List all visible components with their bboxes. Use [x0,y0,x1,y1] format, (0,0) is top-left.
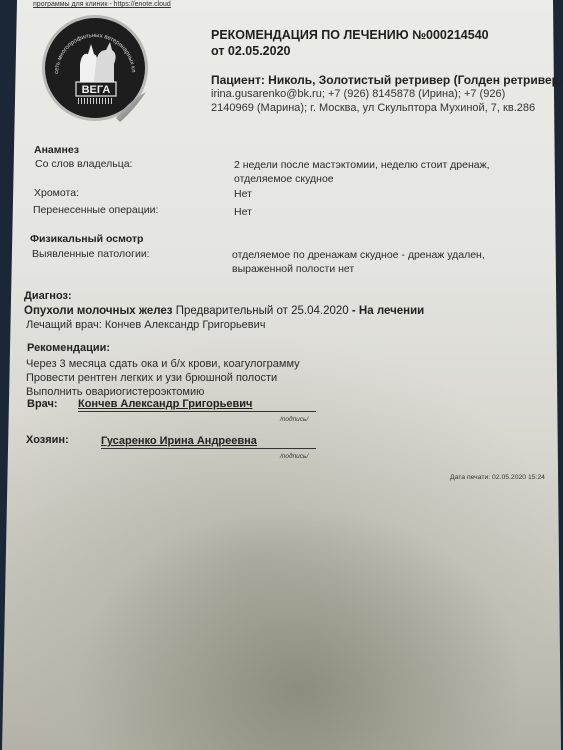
recommendation-item: Выполнить овариогистероэктомию [26,386,204,398]
doctor-signature-label: Врач: [27,398,58,410]
logo-brand: ВЕГА [82,84,111,96]
recommendation-item: Через 3 месяца сдать ока и б/х крови, ко… [26,358,300,370]
document-title: РЕКОМЕНДАЦИЯ ПО ЛЕЧЕНИЮ №000214540 [211,28,489,42]
owner-signature-line [101,448,316,449]
physical-exam-title: Физикальный осмотр [30,233,143,245]
recommendation-item: Провести рентген легких и узи брюшной по… [26,372,277,384]
print-date: Дата печати: 02.05.2020 15:24 [450,474,545,481]
owner-signature-name: Гусаренко Ирина Андреевна [101,435,257,447]
anamnesis-label-owner: Со слов владельца: [35,158,132,170]
attending-doctor: Лечащий врач: Кончев Александр Григорьев… [26,319,266,331]
owner-signature-label: Хозяин: [26,434,69,446]
anamnesis-label-surgeries: Перенесенные операции: [33,204,158,216]
anamnesis-label-lameness: Хромота: [34,187,79,199]
owner-contacts-line-2: 2140969 (Марина); г. Москва, ул Скульпто… [211,102,535,114]
anamnesis-title: Анамнез [34,144,79,156]
anamnesis-value-lameness: Нет [234,187,524,201]
enote-link[interactable]: программы для клиник - https://enote.clo… [33,1,171,8]
anamnesis-value-owner: 2 недели после мастэктомии, неделю стоит… [234,158,524,186]
diagnosis-status: - На лечении [352,305,424,317]
diagnosis-name: Опухоли молочных желез [24,305,173,317]
document-date: от 02.05.2020 [211,44,290,58]
doctor-signature-line [78,411,316,412]
owner-signature-caption: /подпись/ [280,453,308,460]
diagnosis-type-date: Предварительный от 25.04.2020 [176,305,349,317]
recommendations-title: Рекомендации: [27,342,110,354]
doctor-signature-name: Кончев Александр Григорьевич [78,398,252,410]
anamnesis-value-surgeries: Нет [234,205,524,219]
diagnosis-title: Диагноз: [24,290,72,302]
patient-info: Пациент: Николь, Золотистый ретривер (Го… [211,73,563,87]
diagnosis-line: Опухоли молочных желез Предварительный о… [24,305,424,317]
physical-exam-label-pathologies: Выявленные патологии: [32,248,150,260]
doctor-signature-caption: /подпись/ [280,416,308,423]
owner-contacts-line-1: irina.gusarenko@bk.ru; +7 (926) 8145878 … [211,88,505,100]
vega-clinic-logo-icon: сеть многопрофильных ветеринарных клиник… [36,12,154,124]
physical-exam-value-pathologies: отделяемое по дренажам скудное - дренаж … [232,248,532,276]
